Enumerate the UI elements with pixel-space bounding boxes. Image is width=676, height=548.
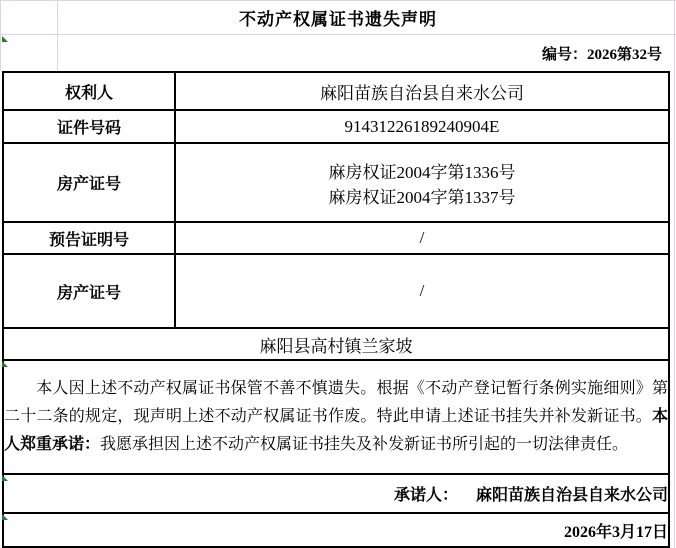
field-value-property-cert: 麻房权证2004字第1336号 麻房权证2004字第1337号 [175, 143, 669, 222]
declaration-date: 2026年3月17日 [3, 513, 669, 547]
table-row-id-number: 证件号码 91431226189240904E [3, 110, 669, 143]
table-row-rightsholder: 权利人 麻阳苗族自治县自来水公司 [3, 72, 669, 110]
declaration-body-text: 本人因上述不动产权属证书保管不善不慎遗失。根据《不动产登记暂行条例实施细则》第二… [4, 380, 668, 425]
table-row-promiser: 承诺人：麻阳苗族自治县自来水公司 [3, 474, 669, 513]
promiser-name: 麻阳苗族自治县自来水公司 [476, 487, 668, 504]
field-label-rightsholder: 权利人 [3, 72, 175, 110]
field-label-property-cert-2: 房产证号 [3, 254, 175, 328]
field-value-rightsholder: 麻阳苗族自治县自来水公司 [175, 72, 669, 110]
field-label-property-cert: 房产证号 [3, 143, 175, 222]
doc-number: 编号：2026第32号 [0, 35, 676, 71]
field-value-id-number: 91431226189240904E [175, 110, 669, 143]
property-cert-line-1: 麻房权证2004字第1336号 [176, 158, 668, 183]
declaration-paragraph: 本人因上述不动产权属证书保管不善不慎遗失。根据《不动产登记暂行条例实施细则》第二… [3, 360, 669, 474]
table-row-advance-notice: 预告证明号 / [3, 222, 669, 254]
field-label-id-number: 证件号码 [3, 110, 175, 143]
promiser-label: 承诺人： [394, 487, 458, 504]
table-row-location: 麻阳县高村镇兰家坡 [3, 328, 669, 360]
field-value-property-cert-2: / [175, 254, 669, 328]
table-row-declaration: 本人因上述不动产权属证书保管不善不慎遗失。根据《不动产登记暂行条例实施细则》第二… [3, 360, 669, 474]
property-cert-line-2: 麻房权证2004字第1337号 [176, 183, 668, 208]
table-row-property-cert: 房产证号 麻房权证2004字第1336号 麻房权证2004字第1337号 [3, 143, 669, 222]
promiser-row: 承诺人：麻阳苗族自治县自来水公司 [3, 474, 669, 513]
page-title: 不动产权属证书遗失声明 [0, 0, 676, 35]
gridline-right [674, 0, 675, 548]
field-value-advance-notice: / [175, 222, 669, 254]
field-label-advance-notice: 预告证明号 [3, 222, 175, 254]
table-row-property-cert-2: 房产证号 / [3, 254, 669, 328]
property-location: 麻阳县高村镇兰家坡 [3, 328, 669, 360]
declaration-tail-text: 我愿承担因上述不动产权属证书挂失及补发新证书所引起的一切法律责任。 [100, 436, 628, 453]
declaration-table: 权利人 麻阳苗族自治县自来水公司 证件号码 91431226189240904E… [2, 71, 670, 548]
table-row-date: 2026年3月17日 [3, 513, 669, 547]
document-sheet: 不动产权属证书遗失声明 编号：2026第32号 权利人 麻阳苗族自治县自来水公司… [0, 0, 676, 548]
